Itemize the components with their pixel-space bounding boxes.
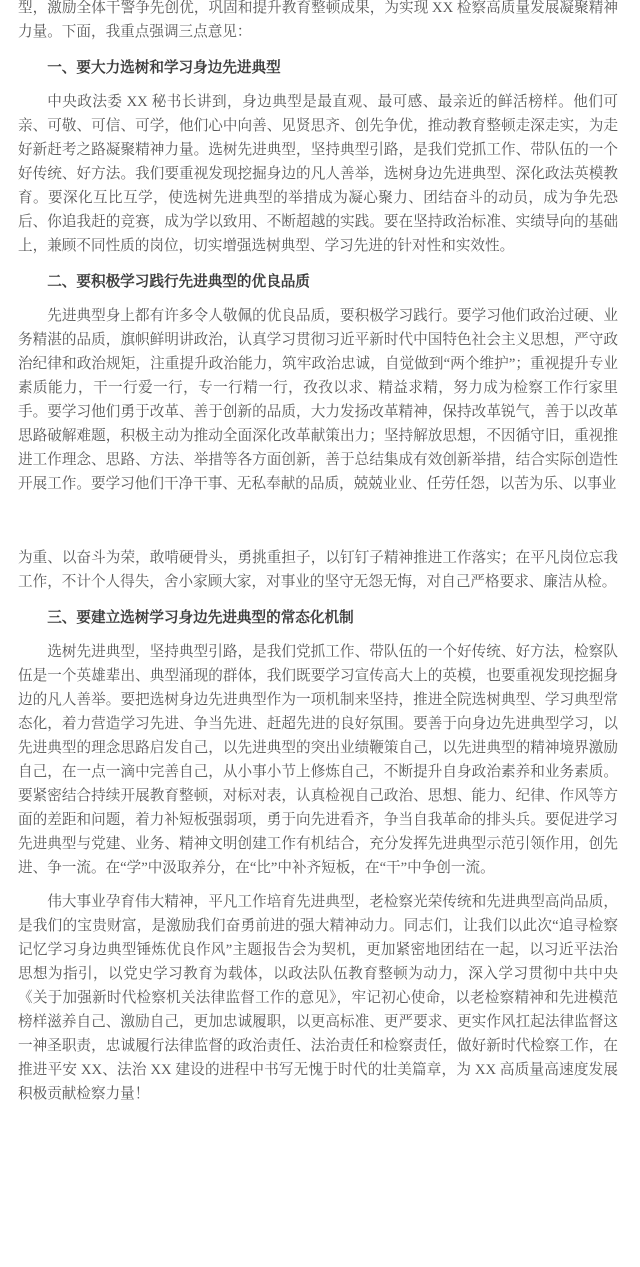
section-heading: 三、要建立选树学习身边先进典型的常态化机制 [18,606,618,630]
document-page: 型，激励全体干警争先创优，巩固和提升教育整顿成果，为实现 XX 检察高质量发展凝… [0,0,640,1267]
document-body: 型，激励全体干警争先创优，巩固和提升教育整顿成果，为实现 XX 检察高质量发展凝… [18,0,618,1106]
continued-paragraph: 为重、以奋斗为荣，敢啃硬骨头，勇挑重担子，以钉钉子精神推进工作落实；在平凡岗位忘… [18,546,618,594]
body-paragraph: 选树先进典型，坚持典型引路，是我们党抓工作、带队伍的一个好传统、好方法，检察队伍… [18,640,618,880]
continued-paragraph: 型，激励全体干警争先创优，巩固和提升教育整顿成果，为实现 XX 检察高质量发展凝… [18,0,618,44]
body-paragraph: 伟大事业孕育伟大精神，平凡工作培育先进典型，老检察光荣传统和先进典型高尚品质，是… [18,890,618,1106]
body-paragraph: 先进典型身上都有许多令人敬佩的优良品质，要积极学习践行。要学习他们政治过硬、业务… [18,304,618,496]
page-break-gap [18,506,618,546]
section-heading: 二、要积极学习践行先进典型的优良品质 [18,270,618,294]
body-paragraph: 中央政法委 XX 秘书长讲到，身边典型是最直观、最可感、最亲近的鲜活榜样。他们可… [18,90,618,258]
section-heading: 一、要大力选树和学习身边先进典型 [18,56,618,80]
